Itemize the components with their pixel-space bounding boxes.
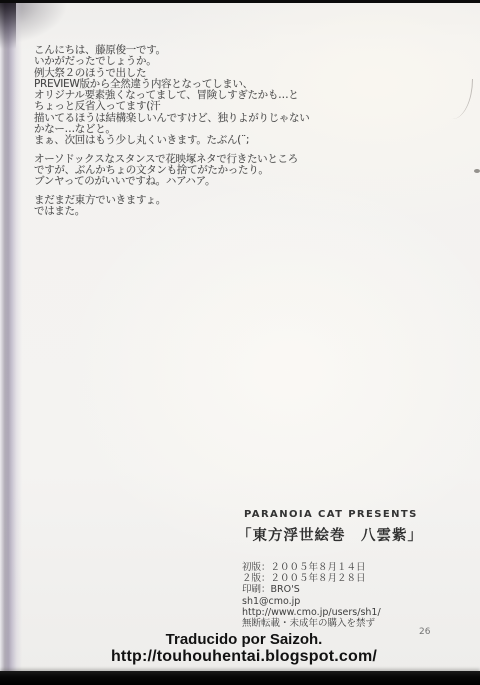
top-frame-bar — [0, 0, 480, 3]
afterword-paragraph: オーソドックスなスタンスで花映塚ネタで行きたいところ ですが、ぶんかちょの文タン… — [34, 154, 334, 188]
colophon-line-notice: 無断転載・未成年の購入を禁ず — [242, 618, 423, 629]
afterword-paragraph: まだまだ東方でいきますょ。 ではまた。 — [34, 195, 334, 218]
colophon-line-email: sh1@cmo.jp — [242, 596, 423, 607]
binding-shadow — [0, 3, 22, 671]
scan-artifact-arc — [450, 79, 473, 119]
scanned-page: こんにちは、藤原俊一です。 いかがだったでしょうか。 例大祭２のほうで出した P… — [0, 3, 480, 671]
afterword-line: いかがだったでしょうか。 — [34, 56, 334, 67]
colophon-line-second-edition: ２版：２００５年８月２８日 — [242, 573, 423, 584]
binding-shadow-top — [0, 3, 16, 49]
afterword-line: まぁ、次回はもう少し丸くいきます。たぶん(¨; — [34, 135, 334, 146]
doujin-title: 「東方浮世絵巻 八雲紫」 — [237, 524, 423, 545]
bottom-frame-bar — [0, 671, 480, 685]
afterword-text: こんにちは、藤原俊一です。 いかがだったでしょうか。 例大祭２のほうで出した P… — [34, 45, 334, 224]
translator-credit-line: Traducido por Saizoh. — [0, 631, 480, 648]
translator-url: http://touhouhentai.blogspot.com/ — [0, 648, 480, 665]
colophon-line-first-edition: 初版：２００５年８月１４日 — [242, 562, 423, 573]
colophon: PARANOIA CAT PRESENTS 「東方浮世絵巻 八雲紫」 初版：２０… — [237, 509, 423, 629]
colophon-details: 初版：２００５年８月１４日 ２版：２００５年８月２８日 印刷：BRO'S sh1… — [242, 562, 423, 629]
colophon-line-website: http://www.cmo.jp/users/sh1/ — [242, 607, 423, 618]
afterword-line: ではまた。 — [34, 206, 334, 217]
afterword-paragraph: こんにちは、藤原俊一です。 いかがだったでしょうか。 例大祭２のほうで出した P… — [34, 45, 334, 147]
translator-credit: Traducido por Saizoh. http://touhouhenta… — [0, 631, 480, 665]
afterword-line: ブンヤってのがいいですね。ハアハア。 — [34, 176, 334, 187]
presents-label: PARANOIA CAT PRESENTS — [244, 509, 423, 520]
scan-artifact-speck — [474, 169, 480, 173]
colophon-line-printer: 印刷：BRO'S — [242, 584, 423, 595]
